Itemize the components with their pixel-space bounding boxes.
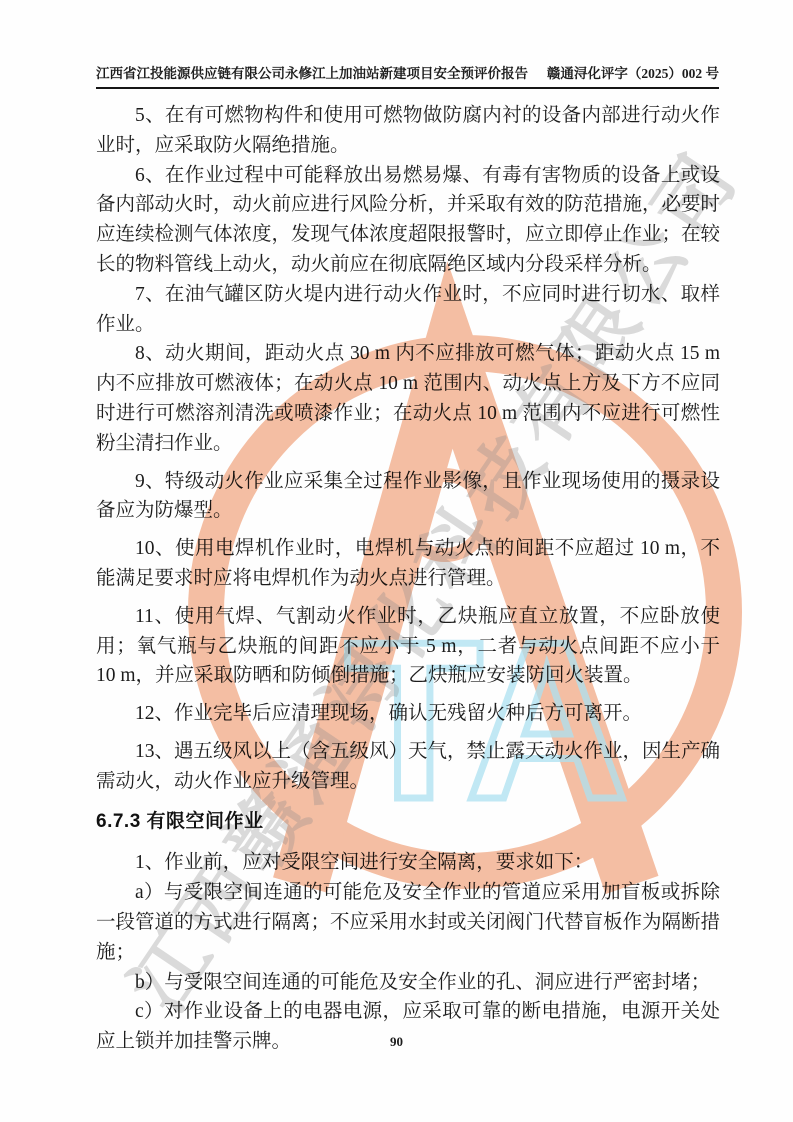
paragraph-8: 8、动火期间，距动火点 30 m 内不应排放可燃气体；距动火点 15 m 内不应… <box>96 339 720 458</box>
paragraph-b: b）与受限空间连通的可能危及安全作业的孔、洞应进行严密封堵； <box>96 968 720 998</box>
paragraph-10: 10、使用电焊机作业时，电焊机与动火点的间距不应超过 10 m，不能满足要求时应… <box>96 534 720 594</box>
document-content: 5、在有可燃物构件和使用可燃物做防腐内衬的设备内部进行动火作业时，应采取防火隔绝… <box>96 101 720 1057</box>
paragraph-9: 9、特级动火作业应采集全过程作业影像，且作业现场使用的摄录设备应为防爆型。 <box>96 467 720 527</box>
paragraph-11: 11、使用气焊、气割动火作业时，乙炔瓶应直立放置，不应卧放使用；氧气瓶与乙炔瓶的… <box>96 602 720 691</box>
paragraph-1: 1、作业前，应对受限空间进行安全隔离，要求如下： <box>96 848 720 878</box>
document-page: 江西省江投能源供应链有限公司永修江上加油站新建项目安全预评价报告 赣通浔化评字（… <box>0 0 793 1122</box>
header-document-number: 赣通浔化评字（2025）002 号 <box>547 62 719 82</box>
paragraph-a: a）与受限空间连通的可能危及安全作业的管道应采用加盲板或拆除一段管道的方式进行隔… <box>96 878 720 967</box>
paragraph-13: 13、遇五级风以上（含五级风）天气，禁止露天动火作业，因生产确需动火，动火作业应… <box>96 737 720 797</box>
paragraph-6: 6、在作业过程中可能释放出易燃易爆、有毒有害物质的设备上或设备内部动火时，动火前… <box>96 161 720 280</box>
page-footer: 90 <box>0 1034 793 1050</box>
paragraph-12: 12、作业完毕后应清理现场，确认无残留火种后方可离开。 <box>96 699 720 729</box>
paragraph-7: 7、在油气罐区防火堤内进行动火作业时，不应同时进行切水、取样作业。 <box>96 280 720 340</box>
page-header: 江西省江投能源供应链有限公司永修江上加油站新建项目安全预评价报告 赣通浔化评字（… <box>96 62 719 89</box>
paragraph-5: 5、在有可燃物构件和使用可燃物做防腐内衬的设备内部进行动火作业时，应采取防火隔绝… <box>96 101 720 161</box>
header-report-title: 江西省江投能源供应链有限公司永修江上加油站新建项目安全预评价报告 <box>96 62 528 82</box>
section-heading-673: 6.7.3 有限空间作业 <box>96 807 720 837</box>
page-number: 90 <box>390 1034 403 1049</box>
